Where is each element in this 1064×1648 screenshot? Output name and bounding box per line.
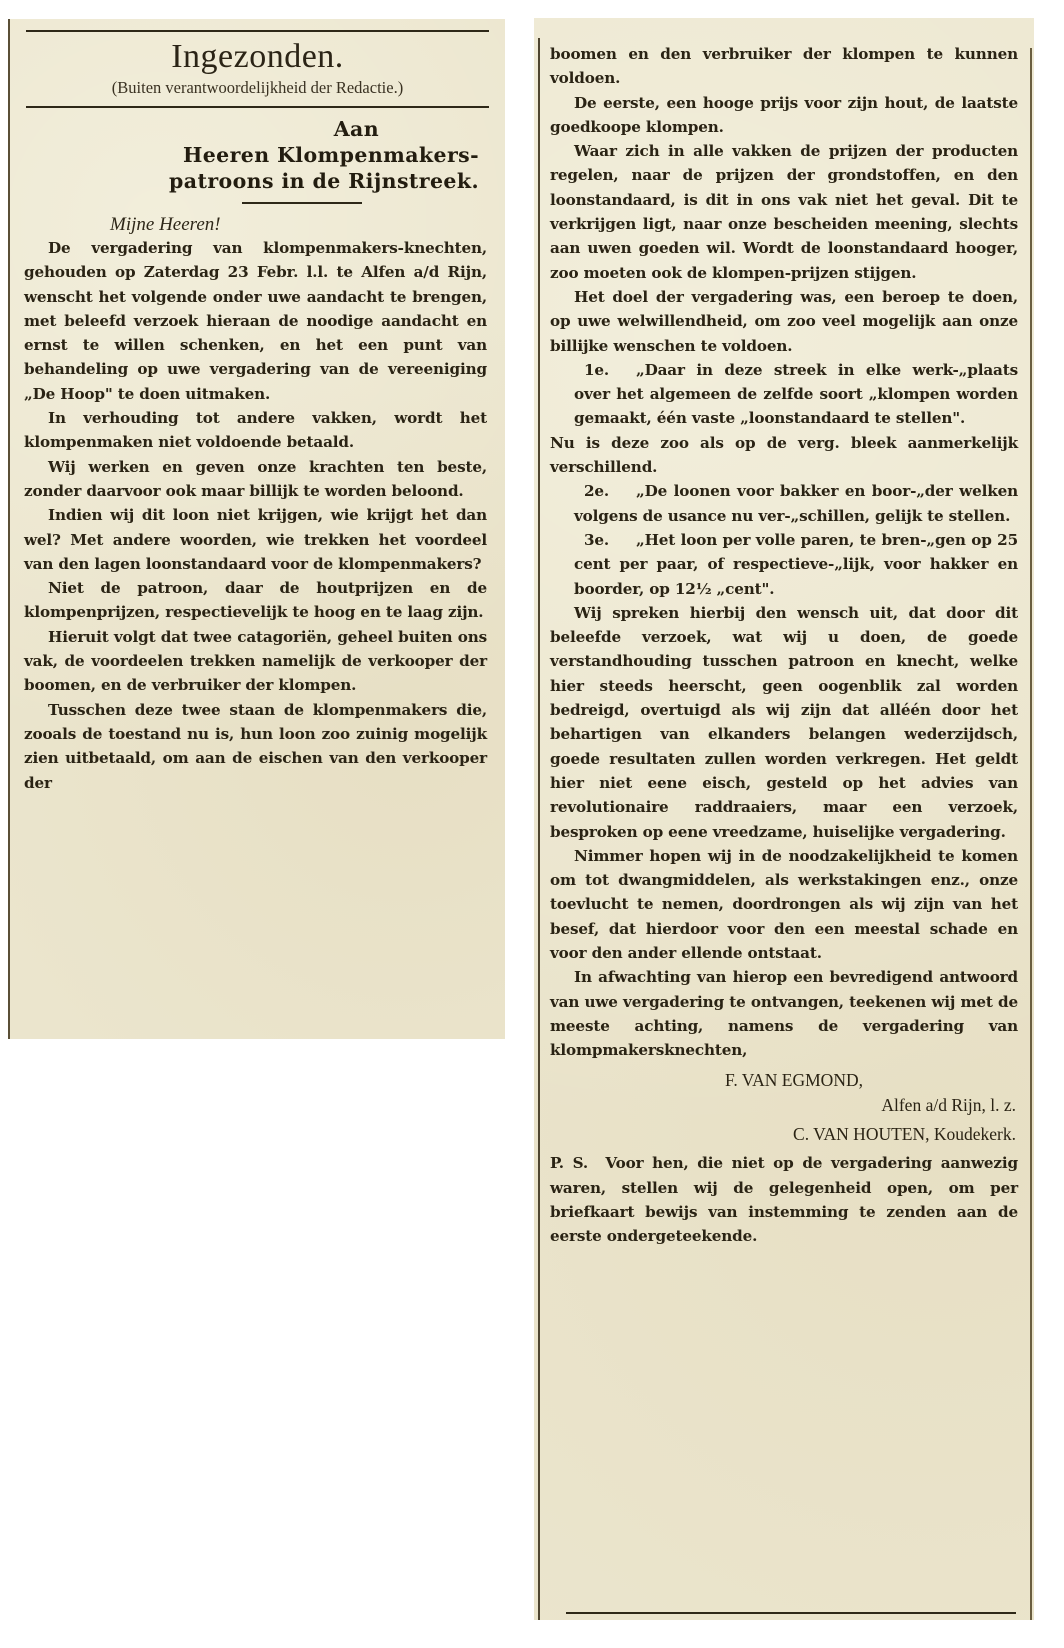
paragraph: Wij spreken hierbij den wensch uit, dat … [550, 601, 1018, 844]
list-item-2: 2e.„De loonen voor bakker en boor-„der w… [550, 479, 1018, 528]
left-body-text: De vergadering van klompenmakers-knechte… [24, 236, 487, 795]
masthead-rule [26, 106, 489, 108]
paragraph: Hieruit volgt dat twee catagoriën, gehee… [24, 625, 487, 698]
paragraph: De eerste, een hooge prijs voor zijn hou… [550, 91, 1018, 140]
section-subtitle: (Buiten verantwoordelijkheid der Redacti… [10, 78, 505, 98]
postscript: P. S. Voor hen, die niet op de vergaderi… [550, 1147, 1018, 1248]
item-number: 1e. [574, 358, 636, 382]
item-text: „De loonen voor bakker en boor-„der welk… [574, 482, 1018, 524]
list-item-1: 1e.„Daar in deze streek in elke werk-„pl… [550, 358, 1018, 431]
postscript-label: P. S. [550, 1154, 588, 1172]
headline-divider [242, 202, 362, 204]
salutation: Mijne Heeren! [110, 214, 505, 236]
item-text: „Daar in deze streek in elke werk-„plaat… [574, 361, 1018, 428]
signature-name-2: C. VAN HOUTEN, Koudekerk. [534, 1122, 1034, 1147]
postscript-text: P. S. Voor hen, die niet op de vergaderi… [550, 1151, 1018, 1248]
article-headline: Aan Heeren Klompenmakers- patroons in de… [10, 116, 505, 194]
paragraph: In afwachting van hierop een bevredigend… [550, 965, 1018, 1062]
paragraph: Wij werken en geven onze krachten ten be… [24, 455, 487, 504]
headline-line-3: patroons in de Rijnstreek. [10, 168, 479, 194]
column-rule-right [1030, 48, 1032, 1620]
paragraph: Het doel der vergadering was, een beroep… [550, 285, 1018, 358]
paragraph: Tusschen deze twee staan de klompenmaker… [24, 698, 487, 795]
right-body-text: boomen en den verbruiker der klompen te … [550, 18, 1018, 1062]
section-title: Ingezonden. [10, 38, 505, 76]
paragraph: Niet de patroon, daar de houtprijzen en … [24, 576, 487, 625]
signatures: F. VAN EGMOND, Alfen a/d Rijn, l. z. C. … [534, 1068, 1034, 1147]
bottom-rule [566, 1612, 1016, 1614]
headline-line-1: Aan [10, 116, 479, 142]
headline-line-2: Heeren Klompenmakers- [10, 142, 479, 168]
postscript-body: Voor hen, die niet op de vergadering aan… [550, 1154, 1018, 1245]
column-rule-left [538, 38, 540, 1620]
masthead: Ingezonden. (Buiten verantwoordelijkheid… [10, 38, 505, 98]
item-number: 3e. [574, 528, 636, 552]
paragraph: Nimmer hopen wij in de noodzakelijkheid … [550, 844, 1018, 965]
paragraph: Waar zich in alle vakken de prijzen der … [550, 139, 1018, 285]
top-rule [26, 30, 489, 32]
item-text: „Het loon per volle paren, te bren-„gen … [574, 531, 1018, 598]
paragraph: De vergadering van klompenmakers-knechte… [24, 236, 487, 406]
paragraph: boomen en den verbruiker der klompen te … [550, 42, 1018, 91]
item-number: 2e. [574, 479, 636, 503]
left-column-clipping: Ingezonden. (Buiten verantwoordelijkheid… [8, 19, 505, 1039]
signature-place-1: Alfen a/d Rijn, l. z. [534, 1093, 1034, 1118]
list-item-3: 3e.„Het loon per volle paren, te bren-„g… [550, 528, 1018, 601]
paragraph: In verhouding tot andere vakken, wordt h… [24, 406, 487, 455]
signature-name-1: F. VAN EGMOND, [534, 1068, 1034, 1093]
paragraph: Indien wij dit loon niet krijgen, wie kr… [24, 503, 487, 576]
right-column-clipping: boomen en den verbruiker der klompen te … [534, 18, 1034, 1620]
item-followup: Nu is deze zoo als op de verg. bleek aan… [550, 431, 1018, 480]
